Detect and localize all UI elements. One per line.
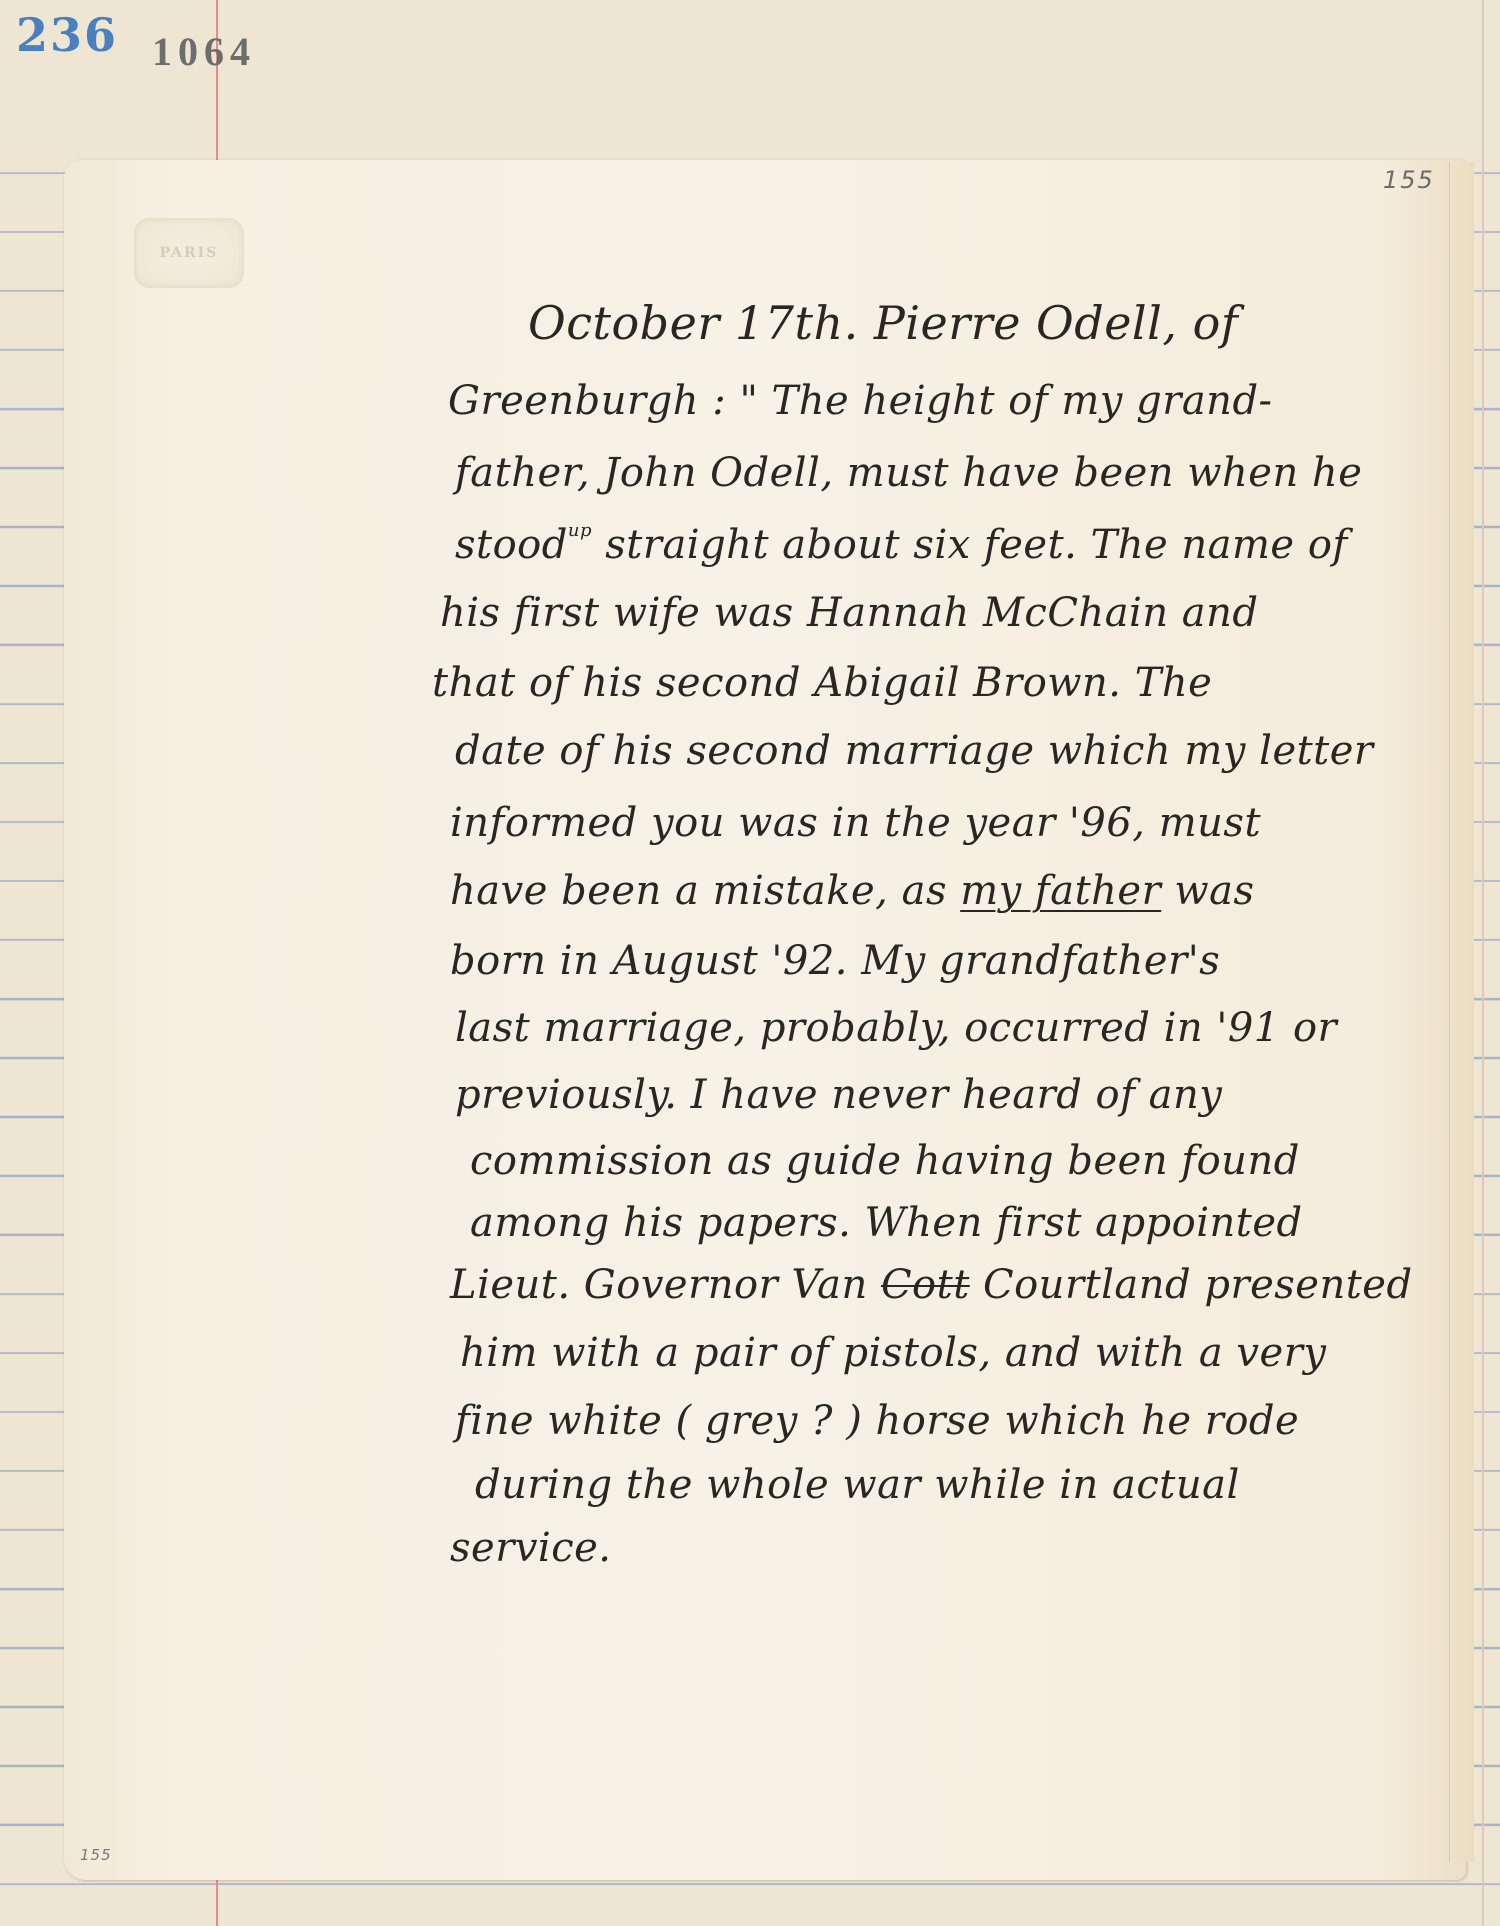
manuscript-line: have been a mistake, as my father was bbox=[450, 868, 1255, 914]
manuscript-line: last marriage, probably, occurred in '91… bbox=[455, 1005, 1337, 1051]
manuscript-line: informed you was in the year '96, must bbox=[450, 800, 1261, 846]
manuscript-line-closing: service. bbox=[450, 1525, 612, 1571]
manuscript-line: Greenburgh : " The height of my grand- bbox=[448, 378, 1273, 424]
manuscript-line-heading: October 17th. Pierre Odell, of bbox=[528, 296, 1238, 350]
inserted-word: up bbox=[568, 520, 592, 541]
manuscript-line: his first wife was Hannah McChain and bbox=[440, 590, 1259, 636]
text-fragment: stood bbox=[455, 522, 568, 568]
handwritten-text: October 17th. Pierre Odell, of Greenburg… bbox=[0, 0, 1500, 1926]
manuscript-line: date of his second marriage which my let… bbox=[455, 728, 1374, 774]
manuscript-line: father, John Odell, must have been when … bbox=[455, 450, 1362, 496]
text-fragment: Lieut. Governor Van bbox=[450, 1262, 881, 1308]
manuscript-line: commission as guide having been found bbox=[470, 1138, 1300, 1184]
struck-through-text: Cott bbox=[881, 1262, 970, 1308]
text-fragment: straight about six feet. The name of bbox=[592, 522, 1348, 568]
manuscript-line: that of his second Abigail Brown. The bbox=[432, 660, 1212, 706]
manuscript-line: during the whole war while in actual bbox=[475, 1462, 1240, 1508]
manuscript-line: Lieut. Governor Van Cott Courtland prese… bbox=[450, 1262, 1413, 1308]
text-fragment: have been a mistake, as bbox=[450, 868, 960, 914]
text-fragment: Courtland presented bbox=[970, 1262, 1413, 1308]
text-fragment: was bbox=[1161, 868, 1254, 914]
manuscript-line: previously. I have never heard of any bbox=[455, 1072, 1222, 1118]
manuscript-line: stoodup straight about six feet. The nam… bbox=[455, 520, 1348, 568]
manuscript-line: among his papers. When first appointed bbox=[470, 1200, 1303, 1246]
underlined-text: my father bbox=[960, 868, 1161, 914]
manuscript-line: fine white ( grey ? ) horse which he rod… bbox=[455, 1398, 1299, 1444]
manuscript-line: him with a pair of pistols, and with a v… bbox=[460, 1330, 1326, 1376]
manuscript-line: born in August '92. My grandfather's bbox=[450, 938, 1220, 984]
